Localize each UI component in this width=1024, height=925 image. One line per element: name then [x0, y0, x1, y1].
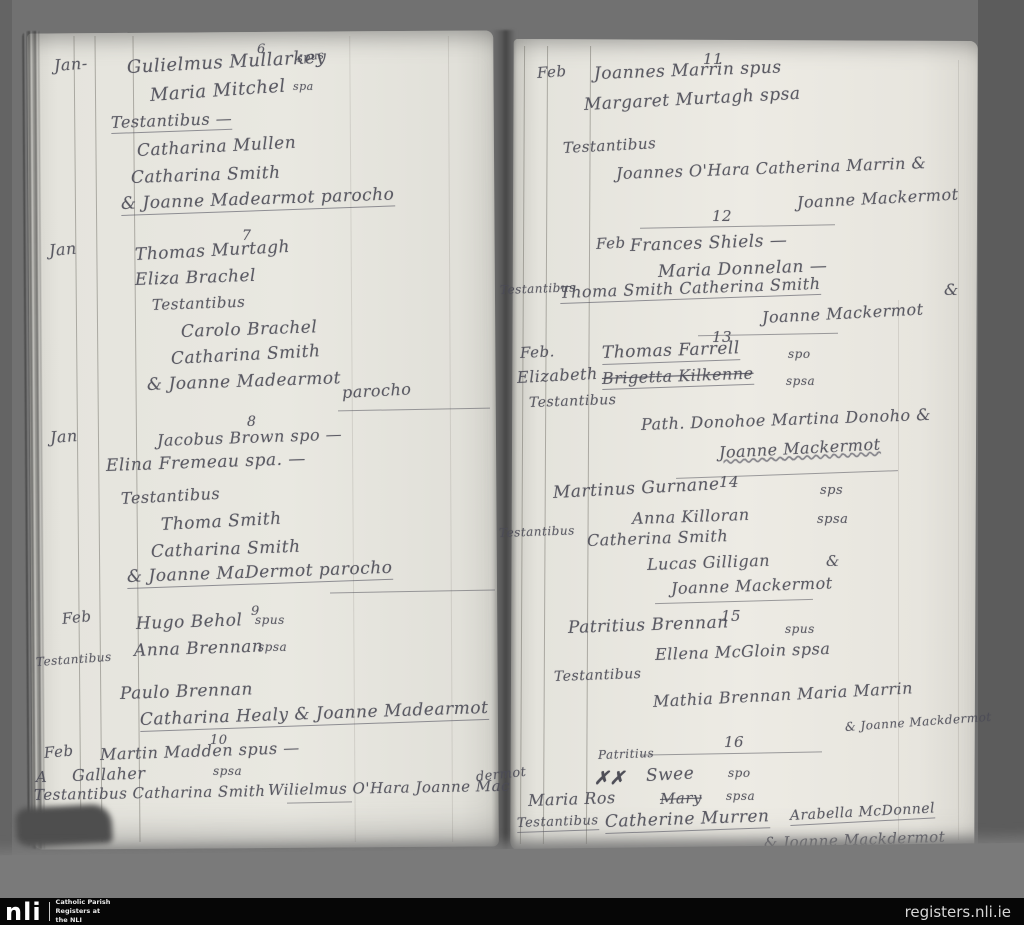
scan-background-right	[978, 0, 1024, 900]
crossed-out-text: Mary	[660, 789, 703, 808]
witness-line: parocho	[342, 379, 412, 402]
nli-logo: nli	[5, 902, 42, 922]
spouse-marker: spsa	[258, 640, 287, 654]
entry-number: 14	[719, 473, 739, 491]
testantibus-label: Testantibus	[152, 293, 246, 314]
month-label: Feb	[61, 607, 92, 628]
register-line: Hugo Behol	[136, 610, 243, 634]
testantibus-label: Testantibus —	[111, 109, 233, 134]
witness-line: &	[944, 280, 959, 299]
testantibus-label: Testantibus	[554, 666, 642, 685]
witness-line: &	[826, 552, 840, 570]
brand-line: Catholic Parish	[56, 898, 111, 907]
register-line: Eliza Brachel	[135, 266, 257, 290]
register-line: Swee	[645, 763, 694, 786]
brand-line: Registers at	[56, 907, 111, 916]
ruled-line	[898, 300, 899, 844]
month-label: Jan-	[53, 54, 88, 75]
spouse-marker: spsa	[213, 764, 242, 778]
spouse-marker: spus	[785, 622, 815, 636]
testantibus-label: Testantibus	[517, 813, 599, 833]
ink-blot	[15, 804, 113, 849]
footer-bar: nli Catholic Parish Registers at the NLI…	[0, 898, 1024, 925]
inserted-text: Patritius	[598, 746, 655, 762]
testantibus-label: Testantibus	[529, 392, 617, 411]
scan-background-left	[0, 0, 12, 900]
spouse-marker: spsa	[817, 512, 848, 527]
spouse-marker: spo	[728, 766, 751, 780]
month-label: Feb	[43, 741, 74, 762]
register-line: Maria Ros	[528, 788, 616, 810]
spouse-marker: spo	[788, 347, 811, 361]
spouse-marker: sps	[820, 483, 843, 498]
page-gutter	[492, 30, 516, 852]
month-label: Jan	[48, 239, 77, 260]
brand-line: the NLI	[56, 916, 111, 925]
register-line: Gallaher	[72, 763, 146, 785]
site-watermark: registers.nli.ie	[905, 903, 1011, 921]
spouse-marker: spa	[293, 80, 314, 93]
scratch-out-mark: ✗✗	[594, 768, 625, 789]
month-label: Jan	[49, 426, 78, 447]
register-scan: Jan- 6 Gulielmus Mullarkey spus Maria Mi…	[0, 0, 1024, 925]
month-label: Feb	[536, 62, 567, 82]
testantibus-label: Testantibus	[499, 523, 575, 540]
spouse-marker: spsa	[726, 789, 755, 803]
month-label: Feb.	[520, 342, 556, 362]
spouse-marker: spus	[255, 613, 285, 627]
logo-divider	[49, 902, 50, 921]
register-line: A	[36, 768, 47, 786]
nli-brand-text: Catholic Parish Registers at the NLI	[56, 898, 111, 925]
month-label: Feb	[596, 233, 626, 253]
entry-number: 16	[724, 733, 744, 751]
spouse-marker: spsa	[786, 374, 815, 388]
entry-number: 12	[712, 207, 732, 225]
